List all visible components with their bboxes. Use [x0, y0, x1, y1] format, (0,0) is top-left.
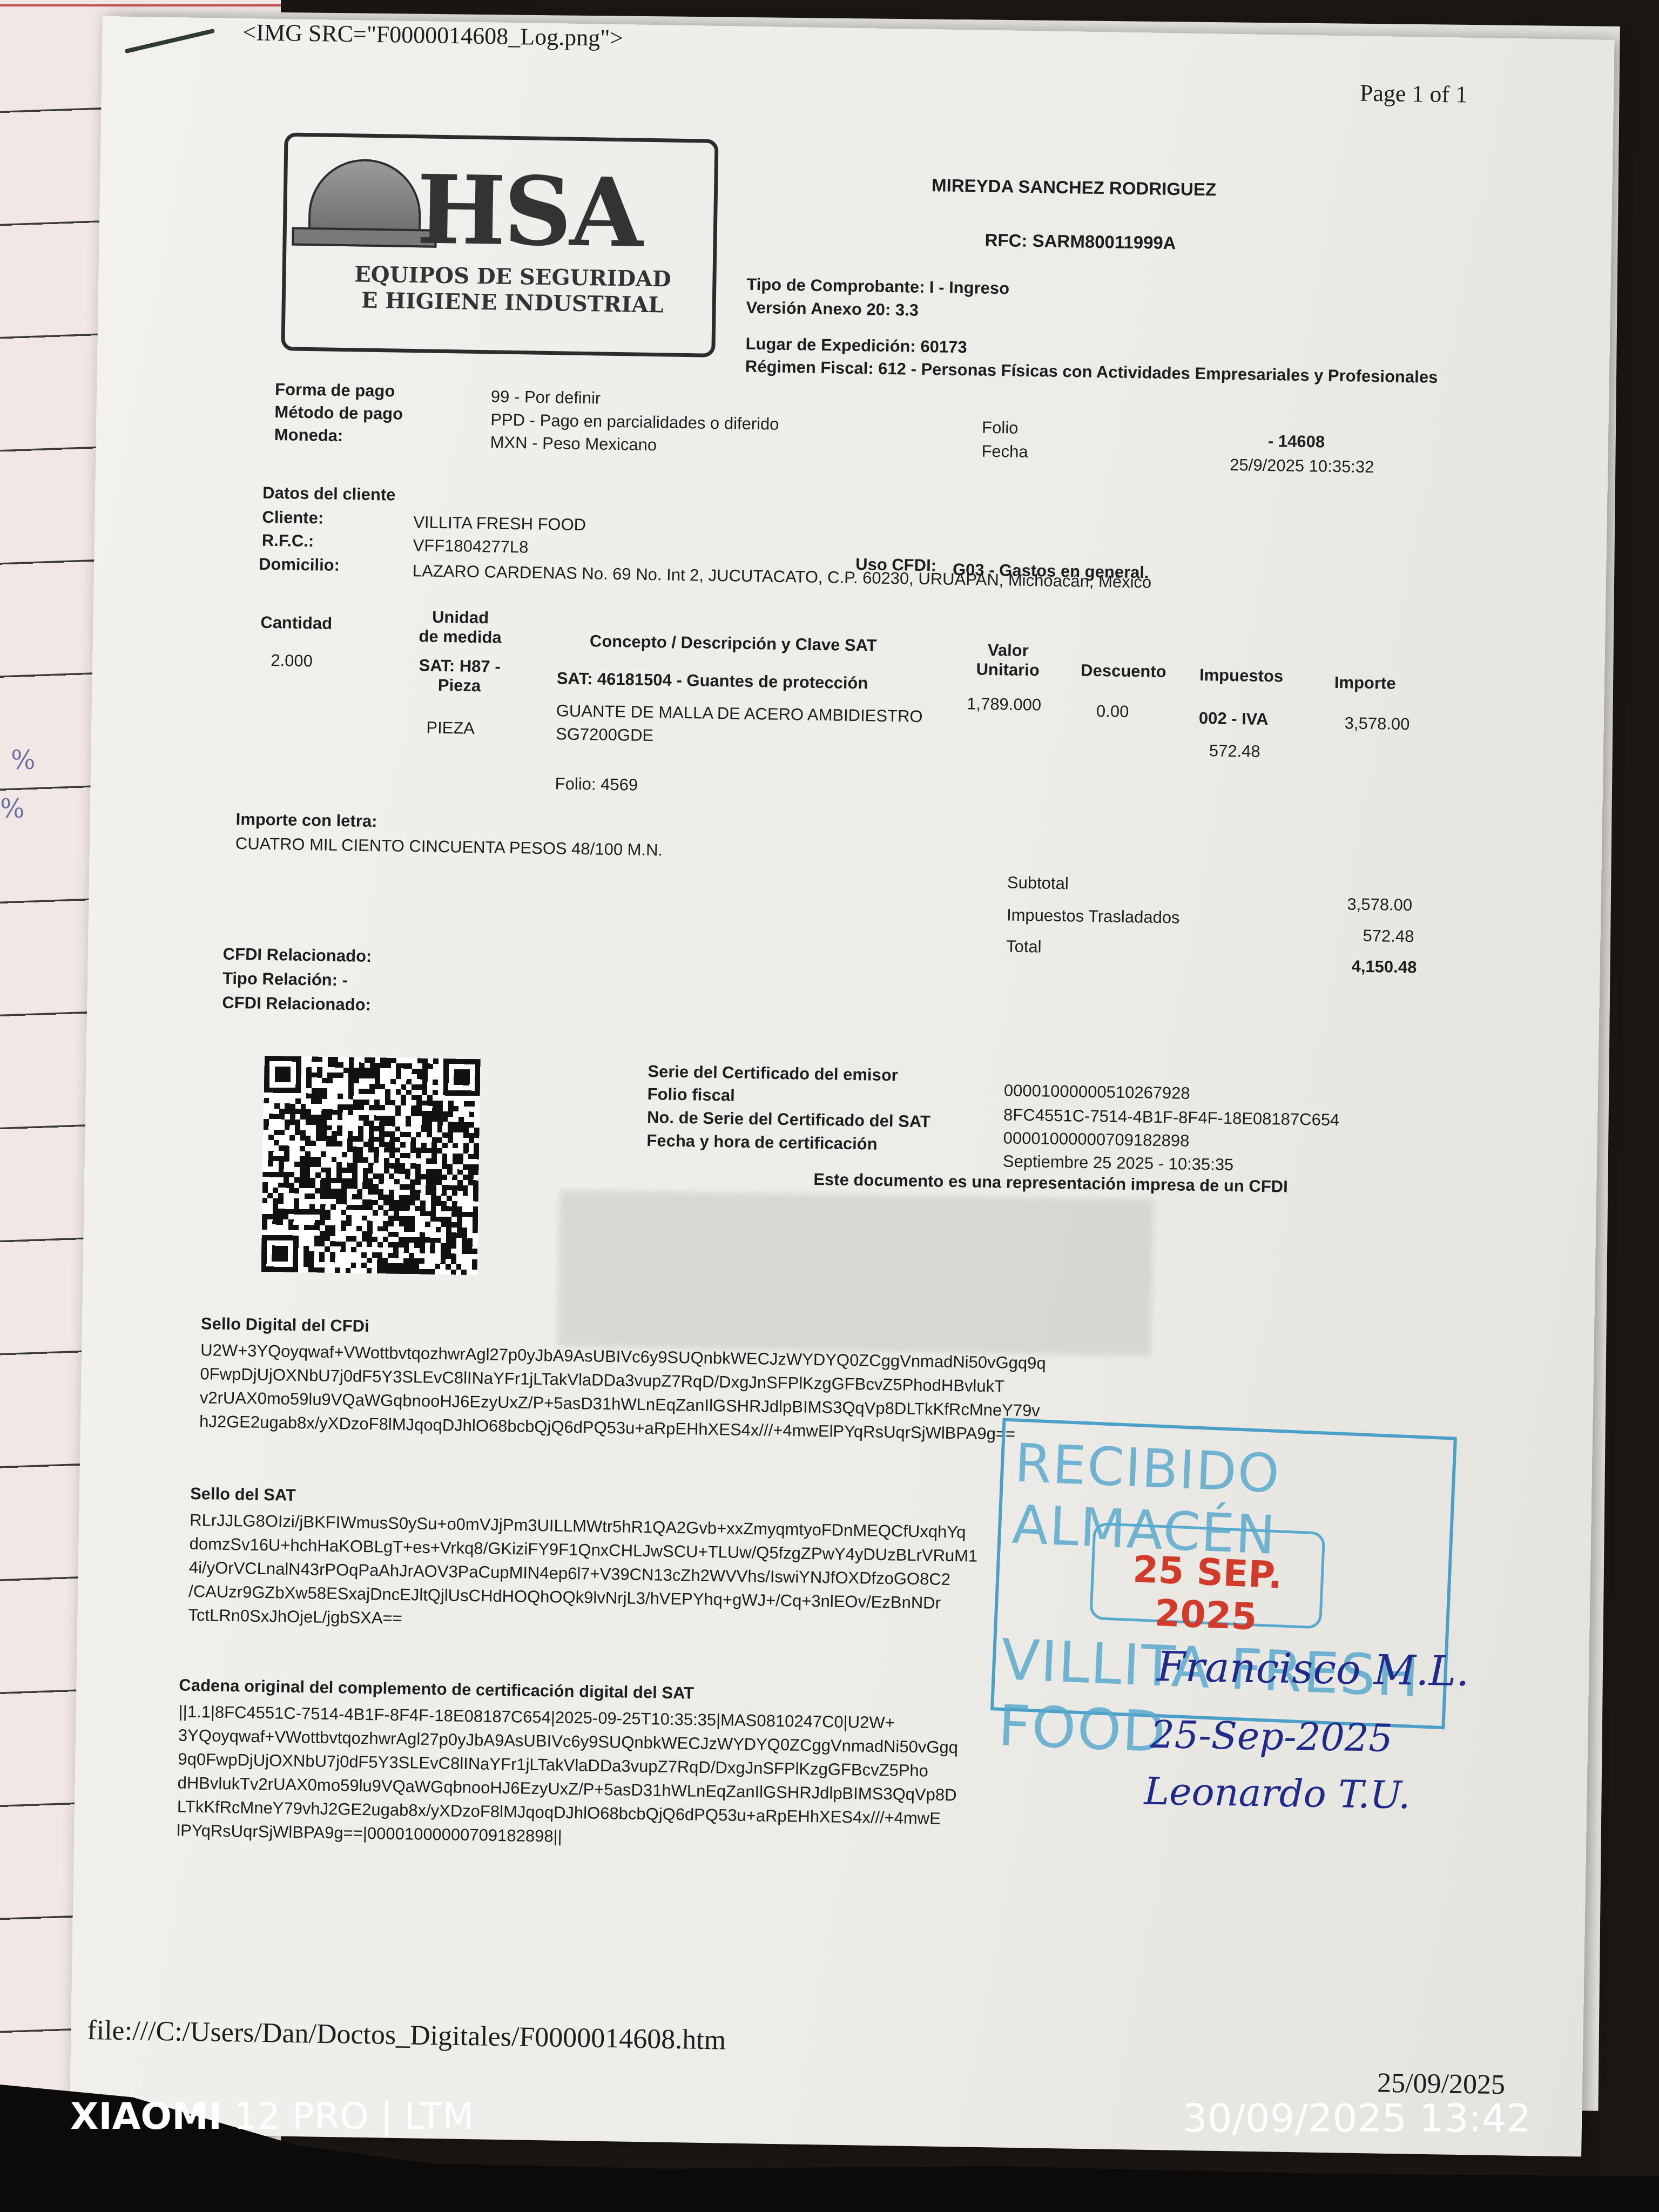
- logo-name: HSA: [416, 154, 642, 269]
- client-address-label: Domicilio:: [259, 555, 340, 575]
- client-rfc: VFF1804277L8: [413, 536, 528, 557]
- fiscal-folio-label: Folio fiscal: [647, 1084, 734, 1105]
- payment-form-label: Forma de pago: [275, 380, 395, 401]
- client-rfc-label: R.F.C.:: [262, 531, 314, 551]
- col-header-quantity: Cantidad: [260, 613, 332, 633]
- row-description-2: SG7200GDE: [556, 724, 653, 745]
- cfdi-seal-text: U2W+3YQoyqwaf+VWottbvtqozhwrAgl27p0yJbA9…: [199, 1338, 1046, 1447]
- row-description-1: GUANTE DE MALLA DE ACERO AMBIDIESTRO: [556, 701, 923, 726]
- client-section-title: Datos del cliente: [262, 483, 396, 505]
- row-sat-key: SAT: 46181504 - Guantes de protección: [557, 669, 868, 693]
- fiscal-folio-uuid: 8FC4551C-7514-4B1F-8F4F-18E08187C654: [1003, 1105, 1340, 1130]
- folio-value: - 14608: [1268, 431, 1325, 452]
- currency-label: Moneda:: [274, 425, 343, 446]
- pen-mark: [125, 29, 215, 53]
- annex-version: Versión Anexo 20: 3.3: [746, 298, 919, 320]
- payment-method-label: Método de pago: [274, 402, 403, 424]
- row-unit-value: 1,789.000: [967, 694, 1041, 714]
- handwritten-signature-1: Francisco M.L.: [1157, 1642, 1470, 1695]
- client-name: VILLITA FRESH FOOD: [413, 512, 586, 535]
- issuer-name: MIREYDA SANCHEZ RODRIGUEZ: [932, 175, 1216, 200]
- voucher-type: Tipo de Comprobante: I - Ingreso: [746, 275, 1009, 299]
- sat-cert-serial: 00001000000709182898: [1003, 1128, 1189, 1150]
- col-header-unit-line-1: Unidad: [417, 607, 504, 628]
- row-discount: 0.00: [1096, 702, 1129, 721]
- taxes-transferred-label: Impuestos Trasladados: [1007, 906, 1180, 928]
- payment-method-value: PPD - Pago en parcialidades o diferido: [490, 410, 779, 434]
- logo-subtitle-line-2: E HIGIENE INDUSTRIAL: [323, 287, 702, 319]
- row-unit: PIEZA: [426, 718, 475, 738]
- date-label: Fecha: [981, 442, 1028, 462]
- related-cfdi-label-2: CFDI Relacionado:: [222, 993, 371, 1015]
- handwritten-signature-2: Leonardo T.U.: [1144, 1769, 1411, 1818]
- camera-model: 12 PRO | LTM: [234, 2095, 474, 2138]
- hard-hat-icon: [308, 158, 422, 234]
- row-quantity: 2.000: [271, 651, 313, 671]
- col-header-unit-value-line-1: Valor: [967, 640, 1049, 660]
- amount-in-words-label: Importe con letra:: [235, 810, 377, 831]
- issuer-cert-serial-label: Serie del Certificado del emisor: [648, 1062, 898, 1085]
- total-value: 4,150.48: [1351, 957, 1417, 977]
- notebook-margin-line: [0, 4, 281, 6]
- camera-brand: XIAOMI: [70, 2095, 222, 2138]
- original-chain-title: Cadena original del complemento de certi…: [179, 1676, 694, 1703]
- currency-value: MXN - Peso Mexicano: [490, 433, 657, 455]
- row-tax-type: 002 - IVA: [1199, 709, 1269, 729]
- relation-type: Tipo Relación: -: [222, 969, 348, 990]
- camera-watermark-left: XIAOMI 12 PRO | LTM: [70, 2095, 474, 2138]
- handwritten-date: 25-Sep-2025: [1150, 1712, 1393, 1761]
- row-tax-amount: 572.48: [1209, 741, 1260, 761]
- date-value: 25/9/2025 10:35:32: [1230, 455, 1374, 477]
- invoice-document: <IMG SRC="F0000014608_Log.png"> Page 1 o…: [69, 16, 1614, 2156]
- faded-print-area: [557, 1190, 1153, 1356]
- col-header-concept: Concepto / Descripción y Clave SAT: [590, 631, 877, 655]
- col-header-unit: Unidad de medida: [417, 607, 504, 648]
- row-unit-sat: SAT: H87 - Pieza: [416, 656, 503, 696]
- cfdi-seal-title: Sello Digital del CFDi: [201, 1314, 369, 1336]
- original-chain-text: ||1.1|8FC4551C-7514-4B1F-8F4F-18E08187C6…: [177, 1700, 959, 1855]
- tax-regime: Régimen Fiscal: 612 - Personas Físicas c…: [745, 357, 1438, 387]
- sat-cert-serial-label: No. de Serie del Certificado del SAT: [647, 1108, 930, 1131]
- issuer-cert-serial: 00001000000510267928: [1004, 1081, 1190, 1103]
- payment-form-value: 99 - Por definir: [491, 387, 601, 408]
- total-label: Total: [1006, 936, 1042, 956]
- row-folio-note: Folio: 4569: [555, 774, 638, 794]
- cfdi-use-label: Uso CFDI:: [855, 555, 936, 575]
- hard-hat-brim: [292, 227, 437, 248]
- folio-label: Folio: [982, 418, 1019, 438]
- certification-datetime: Septiembre 25 2025 - 10:35:35: [1003, 1151, 1234, 1175]
- col-header-unit-line-2: de medida: [417, 626, 504, 648]
- col-header-amount: Importe: [1334, 673, 1396, 693]
- row-amount: 3,578.00: [1344, 713, 1410, 734]
- certification-datetime-label: Fecha y hora de certificación: [646, 1131, 878, 1154]
- col-header-unit-value-line-2: Unitario: [967, 659, 1049, 680]
- client-label: Cliente:: [262, 508, 323, 528]
- amount-in-words: CUATRO MIL CIENTO CINCUENTA PESOS 48/100…: [235, 834, 663, 860]
- footer-file-path: file:///C:/Users/Dan/Doctos_Digitales/F0…: [87, 2014, 726, 2056]
- stamp-date: 25 SEP. 2025: [1091, 1547, 1321, 1641]
- sat-seal-title: Sello del SAT: [190, 1484, 296, 1505]
- row-unit-sat-code: SAT: H87 -: [416, 656, 503, 677]
- col-header-discount: Descuento: [1081, 661, 1166, 682]
- notebook-mark: %: [11, 745, 36, 775]
- related-cfdi-label-1: CFDI Relacionado:: [222, 945, 372, 966]
- row-unit-sat-name: Pieza: [416, 675, 503, 696]
- logo-subtitle: EQUIPOS DE SEGURIDAD E HIGIENE INDUSTRIA…: [323, 261, 702, 319]
- issuer-rfc: RFC: SARM80011999A: [984, 230, 1176, 254]
- taxes-transferred-value: 572.48: [1363, 926, 1414, 946]
- col-header-taxes: Impuestos: [1199, 665, 1284, 686]
- subtotal-label: Subtotal: [1007, 873, 1069, 894]
- company-logo: HSA EQUIPOS DE SEGURIDAD E HIGIENE INDUS…: [281, 132, 718, 358]
- stamp-date-box: 25 SEP. 2025: [1089, 1522, 1325, 1629]
- page-indicator: Page 1 of 1: [1360, 79, 1468, 109]
- subtotal-value: 3,578.00: [1347, 894, 1412, 915]
- sat-seal-text: RLrJJLG8OIzi/jBKFIWmusS0ySu+o0mVJjPm3UIL…: [188, 1508, 978, 1640]
- col-header-unit-value: Valor Unitario: [967, 640, 1049, 680]
- camera-timestamp: 30/09/2025 13:42: [1183, 2095, 1531, 2141]
- notebook-mark: %: [0, 794, 25, 824]
- issue-place: Lugar de Expedición: 60173: [745, 334, 967, 357]
- sat-qr-code: [261, 1056, 481, 1275]
- image-tag-text: <IMG SRC="F0000014608_Log.png">: [242, 18, 623, 52]
- cfdi-use-value: G03 - Gastos en general.: [953, 560, 1149, 583]
